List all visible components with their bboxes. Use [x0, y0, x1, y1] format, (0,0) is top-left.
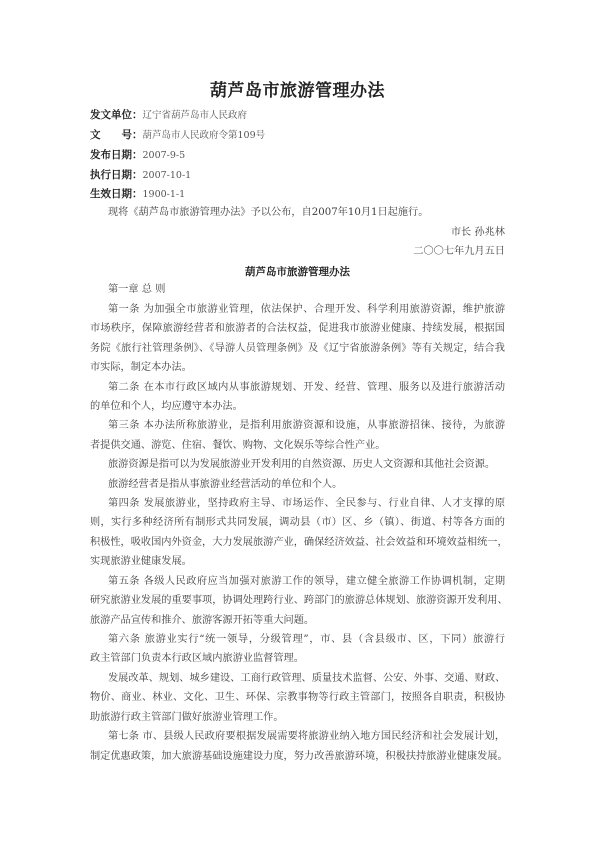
meta-label: 生效日期： [90, 187, 143, 201]
document-page: 葫芦岛市旅游管理办法 发文单位：辽宁省葫芦岛市人民政府 文 号：葫芦岛市人民政府… [0, 0, 595, 842]
article-6-line: 助旅游行政主管部门做好旅游业管理工作。 [90, 711, 284, 725]
article-6-line: 物价、商业、林业、文化、卫生、环保、宗教事物等行政主管部门，按照各自职责，积极协 [90, 691, 505, 705]
article-4-line: 第四条 发展旅游业，坚持政府主导、市场运作、全民参与、行业自律、人才支撑的原 [108, 497, 505, 511]
meta-value: 2007-10-1 [143, 170, 192, 181]
meta-value: 葫芦岛市人民政府令第109号 [143, 130, 266, 141]
article-5-line: 旅游产品宣传和推介、旅游客源开拓等重大问题。 [90, 614, 314, 628]
article-3-line: 第三条 本办法所称旅游业，是指利用旅游资源和设施，从事旅游招徕、接待，为旅游 [108, 419, 505, 433]
meta-issuer: 发文单位：辽宁省葫芦岛市人民政府 [90, 108, 247, 123]
promulgation-text: 现将《葫芦岛市旅游管理办法》予以公布，自2007年10月1日起施行。 [108, 206, 428, 220]
article-1-line: 市场秩序，保障旅游经营者和旅游者的合法权益，促进我市旅游业健康、持续发展，根据国 [90, 322, 505, 336]
article-3-line: 者提供交通、游览、住宿、餐饮、购物、文化娱乐等综合性产业。 [90, 439, 385, 453]
meta-label: 发布日期： [90, 148, 143, 162]
meta-value: 2007-9-5 [143, 150, 186, 161]
section-title: 葫芦岛市旅游管理办法 [0, 264, 595, 279]
meta-publish-date: 发布日期：2007-9-5 [90, 148, 185, 163]
meta-effective-date: 生效日期：1900-1-1 [90, 187, 185, 202]
meta-value: 辽宁省葫芦岛市人民政府 [143, 110, 248, 121]
article-2-line: 的单位和个人，均应遵守本办法。 [90, 400, 243, 414]
article-5-line: 研究旅游业发展的重要事项，协调处理跨行业、跨部门的旅游总体规划、旅游资源开发利用… [90, 594, 505, 608]
article-4-line: 积极性，吸收国内外资金，大力发展旅游产业，确保经济效益、社会效益和环境效益相统一… [90, 536, 505, 550]
article-7-line: 第七条 市、县级人民政府要根据发展需要将旅游业纳入地方国民经济和社会发展计划， [108, 730, 505, 744]
meta-label: 执行日期： [90, 168, 143, 182]
meta-label: 发文单位： [90, 108, 143, 122]
article-5-line: 第五条 各级人民政府应当加强对旅游工作的领导，建立健全旅游工作协调机制，定期 [108, 575, 505, 589]
sign-date: 二〇〇七年九月五日 [413, 245, 505, 259]
article-3-line: 旅游资源是指可以为发展旅游业开发利用的自然资源、历史人文资源和其他社会资源。 [108, 458, 495, 472]
article-3-line: 旅游经营者是指从事旅游业经营活动的单位和个人。 [108, 478, 342, 492]
document-title: 葫芦岛市旅游管理办法 [0, 76, 595, 101]
meta-label: 文 号： [90, 128, 143, 142]
signature: 市长 孙兆林 [451, 226, 505, 240]
chapter-heading: 第一章 总 则 [108, 283, 165, 297]
article-7-line: 制定优惠政策，加大旅游基础设施建设力度，努力改善旅游环境，积极扶持旅游业健康发展… [90, 750, 505, 764]
meta-doc-number: 文 号：葫芦岛市人民政府令第109号 [90, 128, 265, 143]
article-2-line: 第二条 在本市行政区域内从事旅游规划、开发、经营、管理、服务以及进行旅游活动 [108, 381, 505, 395]
article-1-line: 务院《旅行社管理条例》、《导游人员管理条例》及《辽宁省旅游条例》等有关规定，结合… [90, 342, 505, 356]
meta-value: 1900-1-1 [143, 189, 186, 200]
article-4-line: 则，实行多种经济所有制形式共同发展，调动县（市）区、乡（镇）、街道、村等各方面的 [90, 516, 505, 530]
article-6-line: 发展改革、规划、城乡建设、工商行政管理、质量技术监督、公安、外事、交通、财政、 [108, 672, 505, 686]
article-4-line: 实现旅游业健康发展。 [90, 555, 192, 569]
article-1-line: 第一条 为加强全市旅游业管理，依法保护、合理开发、科学利用旅游资源，维护旅游 [108, 303, 505, 317]
article-6-line: 第六条 旅游业实行“统一领导，分级管理”，市、县（含县级市、区，下同）旅游行 [108, 633, 505, 647]
meta-execution-date: 执行日期：2007-10-1 [90, 168, 191, 183]
article-6-line: 政主管部门负责本行政区域内旅游业监督管理。 [90, 652, 304, 666]
article-1-line: 市实际，制定本办法。 [90, 361, 192, 375]
